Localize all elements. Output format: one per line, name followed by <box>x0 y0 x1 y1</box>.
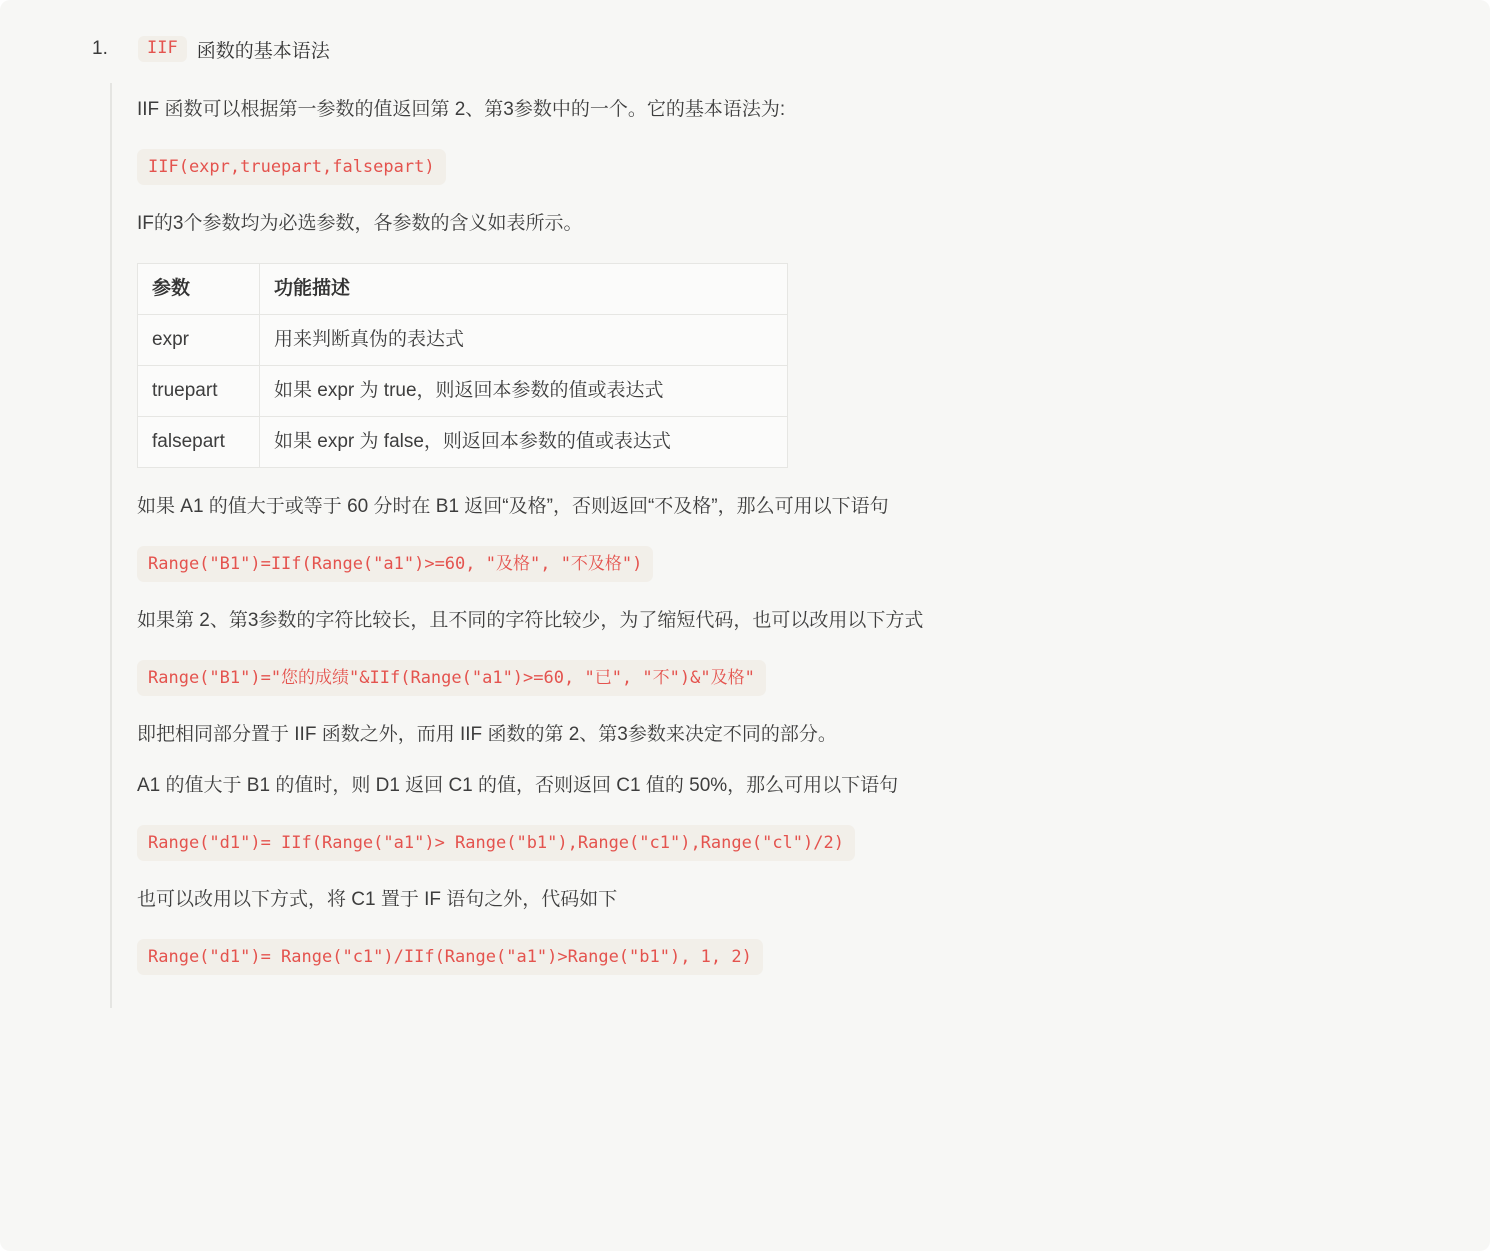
code-example3: Range("d1")= IIf(Range("a1")> Range("b1"… <box>137 825 855 861</box>
code-example4: Range("d1")= Range("c1")/IIf(Range("a1")… <box>137 939 763 975</box>
document-page: 1. IIF 函数的基本语法 IIF 函数可以根据第一参数的值返回第 2、第3参… <box>0 0 1490 1251</box>
table-header-param: 参数 <box>138 264 260 315</box>
table-header-row: 参数 功能描述 <box>138 264 788 315</box>
params-table-head: 参数 功能描述 <box>138 264 788 315</box>
code-row-example3: Range("d1")= IIf(Range("a1")> Range("b1"… <box>137 825 1450 861</box>
paragraph-example1: 如果 A1 的值大于或等于 60 分时在 B1 返回“及格”，否则返回“不及格”… <box>137 495 1450 519</box>
table-row-falsepart: falsepart 如果 expr 为 false，则返回本参数的值或表达式 <box>138 417 788 468</box>
paragraph-params: IF的3个参数均为必选参数，各参数的含义如表所示。 <box>137 212 1450 236</box>
table-cell-desc: 用来判断真伪的表达式 <box>260 315 788 366</box>
table-cell-param: falsepart <box>138 417 260 468</box>
paragraph-explain: 即把相同部分置于 IIF 函数之外，而用 IIF 函数的第 2、第3参数来决定不… <box>137 723 1450 747</box>
code-syntax: IIF(expr,truepart,falsepart) <box>137 149 446 185</box>
table-cell-param: truepart <box>138 366 260 417</box>
table-cell-param: expr <box>138 315 260 366</box>
doc-content: 1. IIF 函数的基本语法 IIF 函数可以根据第一参数的值返回第 2、第3参… <box>0 0 1490 1008</box>
section-title: IIF 函数的基本语法 <box>138 36 330 63</box>
params-table: 参数 功能描述 expr 用来判断真伪的表达式 truepart 如果 expr… <box>137 263 788 468</box>
code-example2: Range("B1")="您的成绩"&IIf(Range("a1")>=60, … <box>137 660 766 696</box>
list-number: 1. <box>92 38 138 60</box>
code-row-syntax: IIF(expr,truepart,falsepart) <box>137 149 1450 185</box>
table-row-expr: expr 用来判断真伪的表达式 <box>138 315 788 366</box>
paragraph-intro: IIF 函数可以根据第一参数的值返回第 2、第3参数中的一个。它的基本语法为: <box>137 98 1450 122</box>
table-header-desc: 功能描述 <box>260 264 788 315</box>
table-row-truepart: truepart 如果 expr 为 true，则返回本参数的值或表达式 <box>138 366 788 417</box>
code-example1: Range("B1")=IIf(Range("a1")>=60, "及格", "… <box>137 546 653 582</box>
paragraph-example3: A1 的值大于 B1 的值时，则 D1 返回 C1 的值，否则返回 C1 值的 … <box>137 774 1450 798</box>
params-table-body: expr 用来判断真伪的表达式 truepart 如果 expr 为 true，… <box>138 315 788 468</box>
paragraph-example4: 也可以改用以下方式，将 C1 置于 IF 语句之外，代码如下 <box>137 888 1450 912</box>
code-row-example1: Range("B1")=IIf(Range("a1")>=60, "及格", "… <box>137 546 1450 582</box>
list-item-1: 1. IIF 函数的基本语法 <box>92 34 1490 64</box>
code-row-example4: Range("d1")= Range("c1")/IIf(Range("a1")… <box>137 939 1450 975</box>
section-body: IIF 函数可以根据第一参数的值返回第 2、第3参数中的一个。它的基本语法为: … <box>110 83 1490 1008</box>
section-title-text: 函数的基本语法 <box>197 36 330 63</box>
table-cell-desc: 如果 expr 为 false，则返回本参数的值或表达式 <box>260 417 788 468</box>
table-cell-desc: 如果 expr 为 true，则返回本参数的值或表达式 <box>260 366 788 417</box>
paragraph-example2: 如果第 2、第3参数的字符比较长，且不同的字符比较少，为了缩短代码，也可以改用以… <box>137 609 1450 633</box>
code-row-example2: Range("B1")="您的成绩"&IIf(Range("a1")>=60, … <box>137 660 1450 696</box>
inline-code-iif: IIF <box>138 36 187 62</box>
